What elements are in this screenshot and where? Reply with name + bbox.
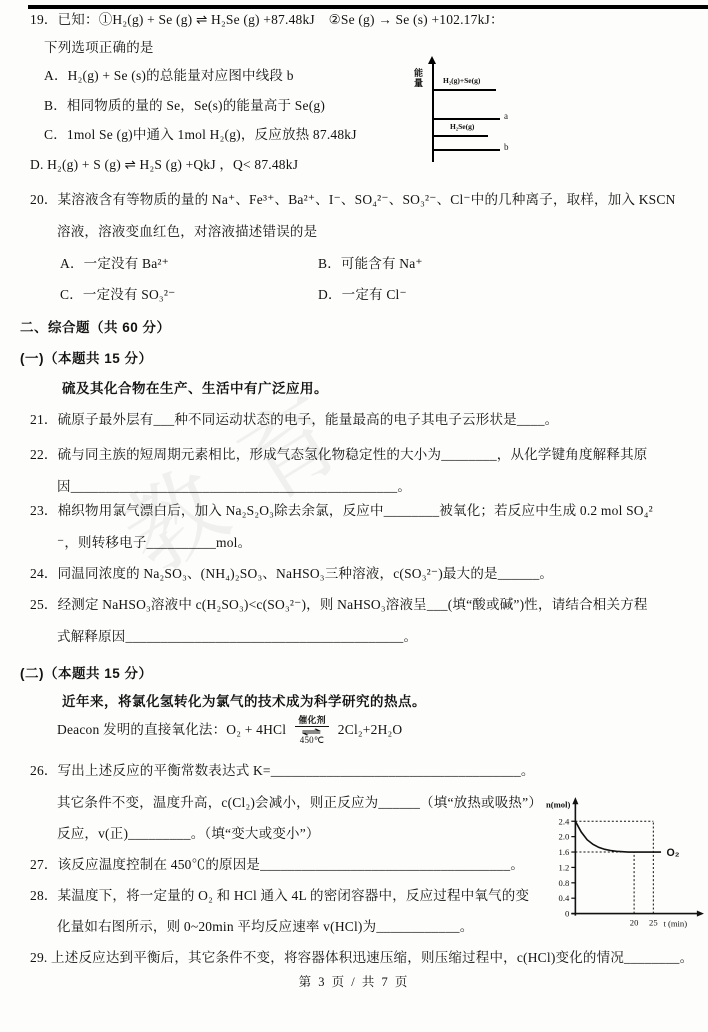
- q26-line2: 其它条件不变，温度升高，c(Cl₂)会减小，则正反应为______（填“放热或吸…: [57, 795, 542, 812]
- level-mid-label: H₂Se(g): [450, 122, 474, 131]
- deacon-equation: Deacon 发明的直接氧化法：O₂ + 4HCl 催化剂 ⇌ 450℃ 2Cl…: [57, 716, 402, 745]
- q19-stem: 19．已知：①H₂(g) + Se (g) ⇌ H₂Se (g) +87.48k…: [30, 12, 504, 29]
- q28-line2: 化量如右图所示，则 0~20min 平均反应速率 v(HCl)为________…: [57, 919, 473, 936]
- q20-stem2: 溶液，溶液变血红色，对溶液描述错误的是: [57, 224, 317, 241]
- watermark: 教育: [94, 338, 397, 598]
- page-number: 第 3 页 / 共 7 页: [0, 972, 708, 990]
- svg-text:0.4: 0.4: [559, 893, 570, 903]
- level-a-label: a: [504, 111, 508, 121]
- deacon-suffix: 2Cl₂+2H₂O: [338, 722, 403, 739]
- svg-text:0.8: 0.8: [559, 878, 570, 888]
- q19-option-d: D. H₂(g) + S (g) ⇌ H₂S (g) +QkJ ，Q< 87.4…: [30, 157, 298, 174]
- level-a-line: [434, 118, 500, 120]
- energy-diagram: 能量 H₂(g)+Se(g) a H₂Se(g) b: [412, 56, 532, 170]
- o2-chart: n(mol) 2.42.01.61.20.80.402025 O₂ t (min…: [545, 794, 707, 937]
- q25-line1: 25．经测定 NaHSO₃溶液中 c(H₂SO₃)<c(SO₃²⁻)，则 NaH…: [30, 597, 648, 614]
- q21-text: 21．硫原子最外层有___种不同运动状态的电子，能量最高的电子其电子云形状是__…: [30, 412, 558, 429]
- part1-title: (一)（本题共 15 分）: [20, 351, 153, 368]
- q20-stem1: 20．某溶液含有等物质的量的 Na⁺、Fe³⁺、Ba²⁺、I⁻、SO₄²⁻、SO…: [30, 192, 676, 209]
- q19-option-a: A．H₂(g) + Se (s)的总能量对应图中线段 b: [44, 68, 294, 85]
- q20-option-d: D．一定有 Cl⁻: [318, 287, 407, 304]
- svg-text:25: 25: [649, 918, 658, 928]
- o2-chart-figure: n(mol) 2.42.01.61.20.80.402025 O₂ t (min…: [545, 794, 707, 937]
- level-b-label: b: [504, 142, 509, 152]
- chart-ylabel: n(mol): [546, 799, 570, 809]
- x-axis-arrow-icon: [697, 911, 704, 917]
- q22-line2: 因_______________________________________…: [57, 479, 411, 496]
- top-rule: [28, 5, 708, 9]
- level-b-line: [434, 149, 500, 151]
- part1-intro: 硫及其化合物在生产、生活中有广泛应用。: [62, 381, 328, 398]
- q19-prompt: 下列选项正确的是: [44, 40, 154, 57]
- equilibrium-arrow-icon: ⇌: [301, 725, 322, 738]
- svg-text:2.0: 2.0: [559, 832, 570, 842]
- q19-option-c: C．1mol Se (g)中通入 1mol H₂(g)，反应放热 87.48kJ: [44, 127, 357, 144]
- q19-option-b: B．相同物质的量的 Se，Se(s)的能量高于 Se(g): [44, 98, 325, 115]
- chart-dynamic: 2.42.01.61.20.80.402025: [559, 816, 661, 927]
- svg-text:20: 20: [630, 918, 639, 928]
- q20-option-a: A．一定没有 Ba²⁺: [60, 256, 169, 273]
- reaction-condition-stack: 催化剂 ⇌ 450℃: [295, 716, 329, 745]
- exam-page: 教育 19．已知：①H₂(g) + Se (g) ⇌ H₂Se (g) +87.…: [0, 0, 708, 1032]
- q20-option-c: C．一定没有 SO₃²⁻: [60, 287, 175, 304]
- deacon-prefix: Deacon 发明的直接氧化法：O₂ + 4HCl: [57, 722, 286, 739]
- svg-text:1.2: 1.2: [559, 862, 570, 872]
- energy-axis-label: 能量: [414, 68, 425, 89]
- part2-title: (二)（本题共 15 分）: [20, 666, 153, 683]
- q20-option-b: B．可能含有 Na⁺: [318, 256, 423, 273]
- q26-line1: 26．写出上述反应的平衡常数表达式 K=____________________…: [30, 763, 535, 780]
- q29-text: 29. 上述反应达到平衡后，其它条件不变，将容器体积迅速压缩，则压缩过程中，c(…: [30, 950, 693, 967]
- q25-line2: 式解释原因___________________________________…: [57, 629, 417, 646]
- svg-text:2.4: 2.4: [559, 816, 570, 826]
- o2-series-label: O₂: [667, 847, 680, 859]
- q26-line3: 反应，v(正)_________。（填“变大或变小”）: [57, 826, 320, 843]
- part2-intro: 近年来，将氯化氢转化为氯气的技术成为科学研究的热点。: [62, 694, 426, 711]
- level-top-line: [434, 89, 496, 91]
- q27-text: 27．该反应温度控制在 450℃的原因是____________________…: [30, 857, 524, 874]
- chart-xlabel: t (min): [663, 919, 687, 929]
- q23-line1: 23．棉织物用氯气漂白后，加入 Na₂S₂O₃除去余氯，反应中________被…: [30, 503, 653, 520]
- svg-text:0: 0: [565, 909, 569, 919]
- q22-line1: 22．硫与同主族的短周期元素相比，形成气态氢化物稳定性的大小为________，…: [30, 447, 648, 464]
- q24-text: 24．同温同浓度的 Na₂SO₃、(NH₄)₂SO₃、NaHSO₃三种溶液，c(…: [30, 566, 553, 583]
- level-mid-line: [434, 135, 488, 137]
- section-title: 二、综合题（共 60 分）: [20, 320, 171, 337]
- q28-line1: 28．某温度下，将一定量的 O₂ 和 HCl 通入 4L 的密闭容器中，反应过程…: [30, 888, 529, 905]
- energy-axis: [432, 63, 434, 162]
- level-top-label: H₂(g)+Se(g): [443, 76, 480, 85]
- q23-line2: ⁻，则转移电子__________mol。: [57, 535, 251, 552]
- svg-text:1.6: 1.6: [559, 847, 570, 857]
